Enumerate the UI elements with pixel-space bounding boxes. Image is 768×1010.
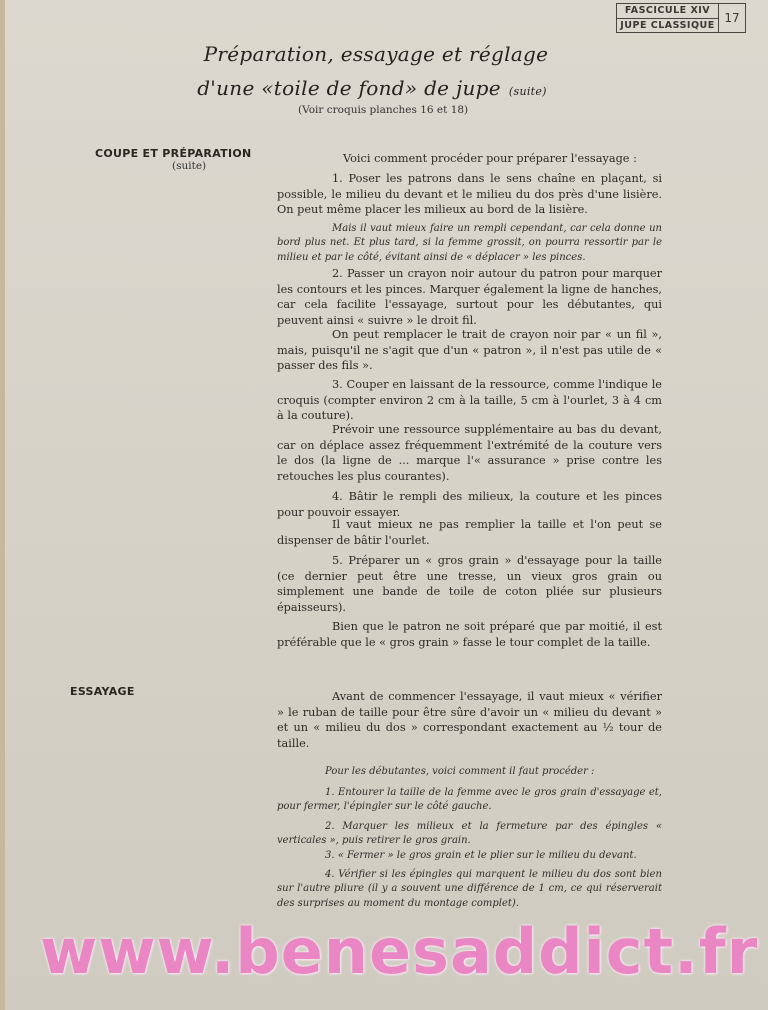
essayage-b2: 2. Marquer les milieux et la fermeture p… — [277, 820, 662, 849]
essayage-intro-text: Avant de commencer l'essayage, il vaut m… — [277, 690, 662, 750]
coupe-step3-note: Prévoir une ressource supplémentaire au … — [277, 422, 662, 484]
step5-note-text: Bien que le patron ne soit préparé que p… — [277, 620, 662, 649]
essayage-b4: 4. Vérifier si les épingles qui marquent… — [277, 868, 662, 911]
b3-text: 3. « Fermer » le gros grain et le plier … — [325, 850, 637, 861]
watermark: www.benesaddict.fr — [40, 915, 758, 988]
page-subtitle: (Voir croquis planches 16 et 18) — [298, 104, 468, 116]
coupe-step2: 2. Passer un crayon noir autour du patro… — [277, 266, 662, 328]
coupe-step1: 1. Poser les patrons dans le sens chaîne… — [277, 171, 662, 218]
essayage-beginners-intro: Pour les débutantes, voici comment il fa… — [277, 765, 662, 779]
b1-text: 1. Entourer la taille de la femme avec l… — [277, 787, 662, 812]
section-subheading-coupe: (suite) — [172, 160, 206, 172]
coupe-step2-note: On peut remplacer le trait de crayon noi… — [277, 327, 662, 374]
fascicule-badge: FASCICULE XIV JUPE CLASSIQUE 17 — [616, 3, 746, 33]
step2-text: 2. Passer un crayon noir autour du patro… — [277, 267, 662, 327]
page-edge — [0, 0, 5, 1010]
step3-text: 3. Couper en laissant de la ressource, c… — [277, 378, 662, 422]
step1-note-text: Mais il vaut mieux faire un rempli cepen… — [277, 223, 662, 263]
coupe-step3: 3. Couper en laissant de la ressource, c… — [277, 377, 662, 424]
beginners-intro-text: Pour les débutantes, voici comment il fa… — [325, 766, 594, 777]
b4-text: 4. Vérifier si les épingles qui marquent… — [277, 869, 662, 909]
page-title-line2: d'une «toile de fond» de jupe(suite) — [0, 76, 756, 100]
essayage-b1: 1. Entourer la taille de la femme avec l… — [277, 786, 662, 815]
title-line2-text: d'une «toile de fond» de jupe — [197, 76, 501, 100]
step1-text: 1. Poser les patrons dans le sens chaîne… — [277, 172, 662, 216]
b2-text: 2. Marquer les milieux et la fermeture p… — [277, 821, 662, 846]
coupe-step5: 5. Préparer un « gros grain » d'essayage… — [277, 553, 662, 615]
step5-text: 5. Préparer un « gros grain » d'essayage… — [277, 554, 662, 614]
coupe-step4: 4. Bâtir le rempli des milieux, la coutu… — [277, 489, 662, 520]
coupe-step1-note: Mais il vaut mieux faire un rempli cepen… — [277, 222, 662, 265]
coupe-step4-note: Il vaut mieux ne pas remplier la taille … — [277, 517, 662, 548]
series-label: JUPE CLASSIQUE — [617, 19, 718, 33]
title-suite: (suite) — [509, 85, 547, 98]
section-heading-essayage: ESSAYAGE — [70, 685, 135, 698]
page-number: 17 — [719, 4, 745, 32]
coupe-intro: Voici comment procéder pour préparer l'e… — [343, 151, 663, 167]
step2-note-text: On peut remplacer le trait de crayon noi… — [277, 328, 662, 372]
essayage-intro: Avant de commencer l'essayage, il vaut m… — [277, 689, 662, 751]
section-heading-coupe: COUPE ET PRÉPARATION — [95, 147, 252, 160]
step3-note-text: Prévoir une ressource supplémentaire au … — [277, 423, 662, 483]
step4-note-text: Il vaut mieux ne pas remplier la taille … — [277, 518, 662, 547]
essayage-b3: 3. « Fermer » le gros grain et le plier … — [277, 849, 662, 863]
coupe-step5-note: Bien que le patron ne soit préparé que p… — [277, 619, 662, 650]
page-title-line1: Préparation, essayage et réglage — [0, 42, 760, 66]
fascicule-label: FASCICULE XIV — [617, 4, 718, 19]
step4-text: 4. Bâtir le rempli des milieux, la coutu… — [277, 490, 662, 519]
